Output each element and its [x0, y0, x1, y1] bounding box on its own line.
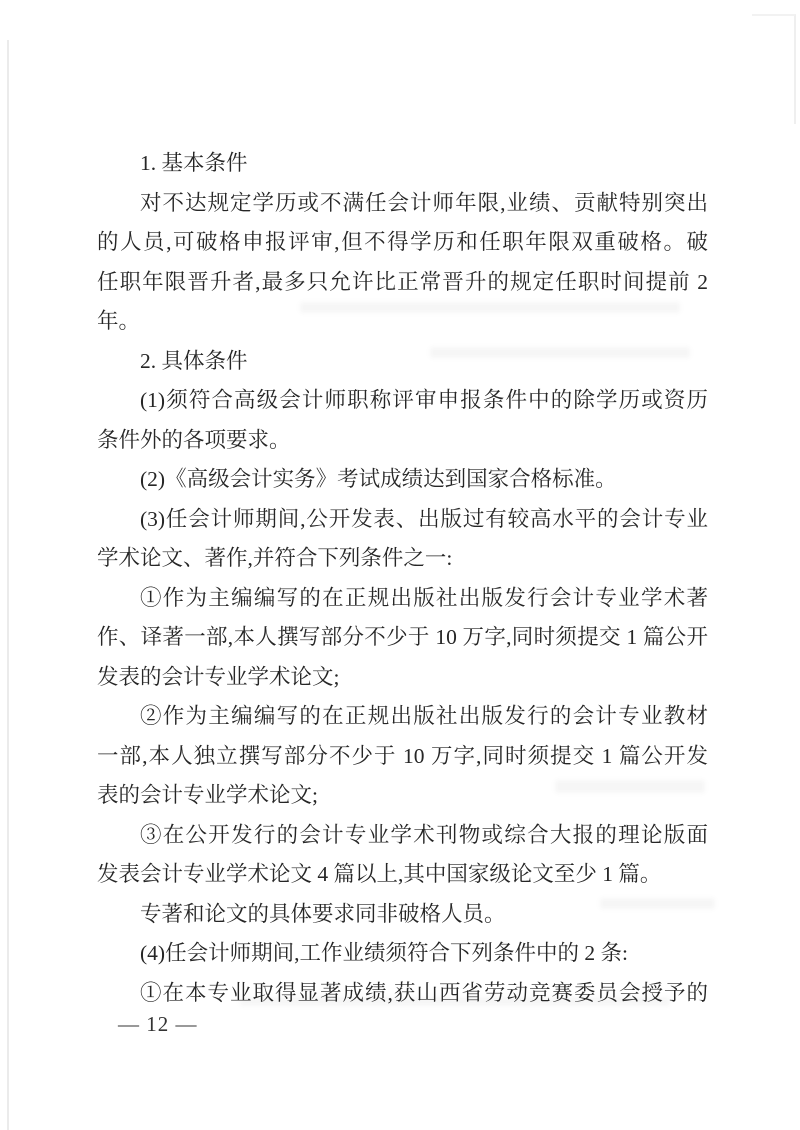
document-body: 1. 基本条件对不达规定学历或不满任会计师年限,业绩、贡献特别突出的人员,可破格… [97, 144, 708, 1013]
text-line: 年。 [97, 302, 708, 342]
text-line: ③在公开发行的会计专业学术刊物或综合大报的理论版面 [97, 816, 708, 856]
text-line: 1. 基本条件 [97, 144, 708, 184]
text-line: (3)任会计师期间,公开发表、出版过有较高水平的会计专业 [97, 500, 708, 540]
document-page: 1. 基本条件对不达规定学历或不满任会计师年限,业绩、贡献特别突出的人员,可破格… [0, 0, 800, 1130]
text-line: 一部,本人独立撰写部分不少于 10 万字,同时须提交 1 篇公开发 [97, 737, 708, 777]
text-line: 任职年限晋升者,最多只允许比正常晋升的规定任职时间提前 2 [97, 263, 708, 303]
text-line: (2)《高级会计实务》考试成绩达到国家合格标准。 [97, 460, 708, 500]
text-line: 对不达规定学历或不满任会计师年限,业绩、贡献特别突出 [97, 184, 708, 224]
text-line: 专著和论文的具体要求同非破格人员。 [97, 895, 708, 935]
scan-corner-artifact [752, 14, 796, 124]
text-line: 发表的会计专业学术论文; [97, 658, 708, 698]
text-line: 作、译著一部,本人撰写部分不少于 10 万字,同时须提交 1 篇公开 [97, 618, 708, 658]
page-number: — 12 — [118, 1010, 198, 1038]
scan-edge-line-artifact [7, 40, 9, 1130]
text-line: (4)任会计师期间,工作业绩须符合下列条件中的 2 条: [97, 934, 708, 974]
text-line: 学术论文、著作,并符合下列条件之一: [97, 539, 708, 579]
text-line: (1)须符合高级会计师职称评审申报条件中的除学历或资历 [97, 381, 708, 421]
text-line: ②作为主编编写的在正规出版社出版发行的会计专业教材 [97, 697, 708, 737]
text-line: 的人员,可破格申报评审,但不得学历和任职年限双重破格。破 [97, 223, 708, 263]
text-line: 发表会计专业学术论文 4 篇以上,其中国家级论文至少 1 篇。 [97, 855, 708, 895]
text-line: ①作为主编编写的在正规出版社出版发行会计专业学术著 [97, 579, 708, 619]
text-line: 条件外的各项要求。 [97, 421, 708, 461]
text-line: ①在本专业取得显著成绩,获山西省劳动竞赛委员会授予的 [97, 974, 708, 1014]
text-line: 2. 具体条件 [97, 342, 708, 382]
text-line: 表的会计专业学术论文; [97, 776, 708, 816]
